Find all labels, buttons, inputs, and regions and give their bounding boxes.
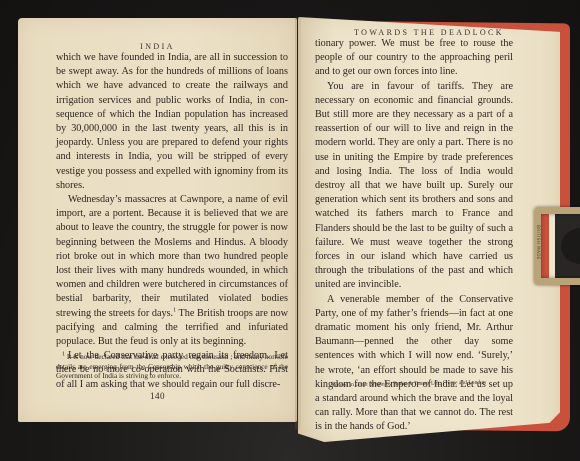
clip-stamp-text: BRITISH MADE (535, 225, 541, 260)
footnote-text: It is now declared that the dead exceede… (56, 352, 288, 380)
left-paragraph-1: which we have founded in India, are all … (56, 51, 288, 193)
right-paragraph-3: A venerable member of the Conservative P… (315, 293, 513, 435)
left-paragraph-2: Wednesday’s massacres at Cawnpore, a nam… (56, 193, 288, 349)
brass-page-clip: BRITISH MADE (534, 207, 580, 285)
right-page: TOWARDS THE DEADLOCK tionary power. We m… (298, 17, 560, 442)
left-page: INDIA which we have founded in India, ar… (18, 18, 297, 422)
left-body-text: which we have founded in India, are all … (56, 51, 288, 392)
right-body-text: tionary power. We must be free to rouse … (315, 37, 513, 435)
left-running-head: INDIA (18, 42, 297, 51)
right-paragraph-2: You are in favour of tariffs. They are n… (315, 80, 513, 293)
page-number: 140 (18, 391, 297, 401)
left-paragraph-2a: Wednesday’s massacres at Cawnpore, a nam… (56, 194, 288, 319)
book-gutter (295, 17, 301, 429)
left-footnote: 1 It is now declared that the dead excee… (56, 352, 288, 381)
right-paragraph-1: tionary power. We must be free to rouse … (315, 37, 513, 80)
